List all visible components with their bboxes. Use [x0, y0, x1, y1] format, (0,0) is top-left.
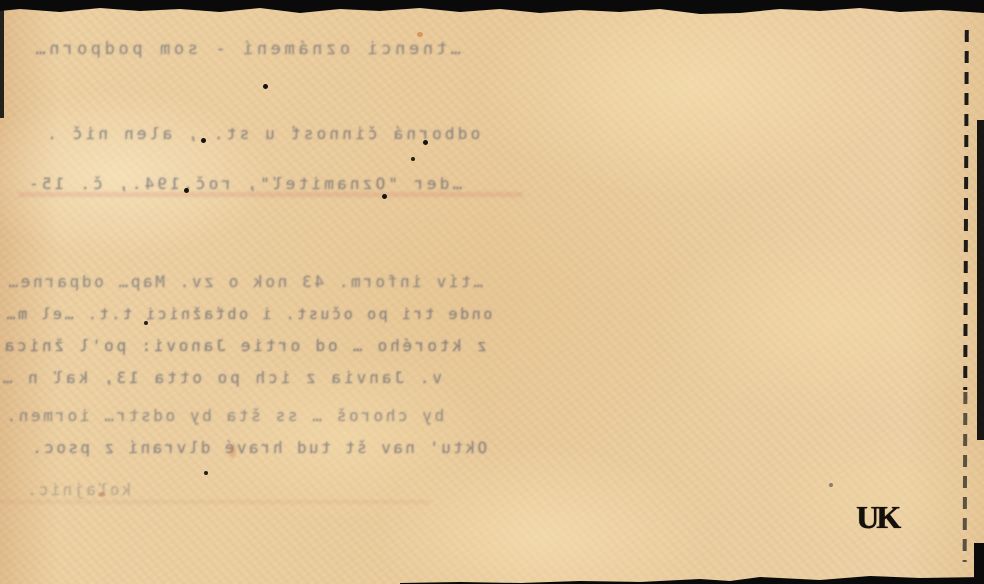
- ink-dot: [263, 84, 268, 89]
- paper-background: [0, 0, 984, 584]
- bleedthrough-text-line: onde tri po očust. i obťažnici t.t. …el …: [4, 305, 493, 323]
- bleedthrough-text-line: odborná činnosť u st. , alen nič .: [44, 124, 480, 143]
- ink-dot: [201, 138, 206, 143]
- ink-dot: [411, 157, 415, 161]
- foxing-speck: [98, 492, 106, 497]
- ink-dot: [144, 321, 148, 325]
- bleedthrough-text-line: …tnenci oznámení - som podporn…: [32, 39, 461, 59]
- foxing-speck: [229, 444, 236, 458]
- bleedthrough-text-line: z ktorého … od ortie Janovi: po'l žnica: [2, 336, 487, 355]
- bleedthrough-text-line: by choroš … ss šta by odstr… iormen.: [4, 406, 444, 425]
- foxing-speck: [417, 32, 423, 37]
- ink-dot: [204, 471, 208, 475]
- roller-streak: [0, 500, 430, 504]
- ink-dot: [829, 483, 833, 487]
- bleedthrough-text-line: …tív inform. 43 nok o zv. Map… odparne…: [6, 272, 483, 291]
- ink-dot: [382, 194, 387, 199]
- scan-edge-right: [977, 120, 984, 440]
- uk-stamp: UK: [856, 501, 898, 533]
- ink-dot: [184, 188, 189, 193]
- bleedthrough-text-line: …der "Oznamiteľ", roč.194., č. 15-: [26, 174, 462, 193]
- perforation-dashes: [963, 392, 968, 562]
- bleedthrough-text-line: koľajnic.: [25, 480, 132, 499]
- scanned-document: …tnenci oznámení - som podporn… odborná …: [0, 0, 984, 584]
- scan-edge-left: [0, 0, 4, 118]
- bleedthrough-text-line: Oktu' nav št tud hravé dlvraní z psoc.: [30, 438, 487, 457]
- ink-dot: [423, 140, 428, 145]
- bleedthrough-text-line: v. Janvia z ich po otta 13, kaľ n …: [0, 368, 442, 387]
